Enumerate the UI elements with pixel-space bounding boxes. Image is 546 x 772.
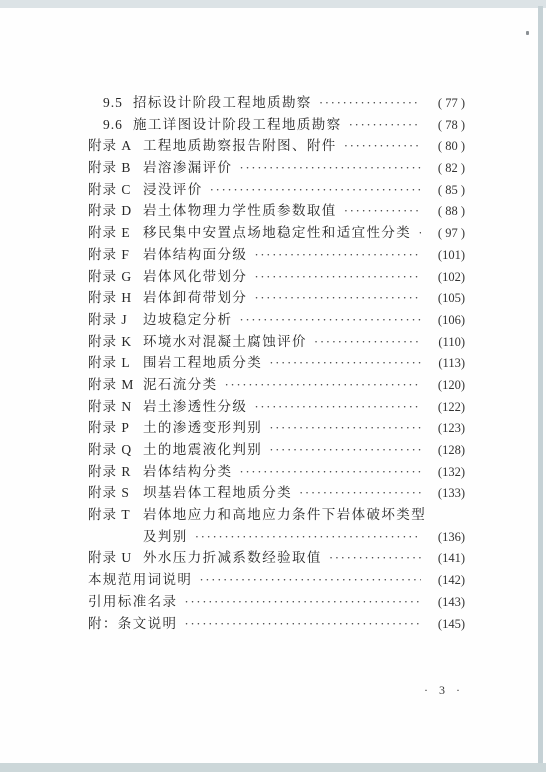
toc-entry-title: 岩溶渗漏评价 — [143, 157, 232, 179]
dot-leader: ········································… — [344, 135, 421, 157]
scan-edge-right — [538, 6, 543, 765]
toc-entry-page: (142) — [425, 570, 465, 592]
scan-edge-top — [0, 0, 546, 8]
toc-entry-label: 附录 G — [88, 266, 143, 288]
toc-entry-label: 附录 N — [88, 396, 143, 418]
toc-entry-title: 岩土渗透性分级 — [143, 396, 247, 418]
toc-entry-page: (110) — [425, 332, 465, 354]
toc-entry-label: 附录 F — [88, 244, 143, 266]
dot-leader: ········································… — [269, 417, 421, 439]
dot-leader: ········································… — [269, 439, 421, 461]
dot-leader: ········································… — [269, 352, 421, 374]
dot-leader: ········································… — [344, 200, 421, 222]
toc-entry-label: 附录 H — [88, 287, 143, 309]
toc-entry-page: (136) — [425, 527, 465, 549]
toc-entry-title: 引用标准名录 — [88, 591, 177, 613]
toc-entry-title: 施工详图设计阶段工程地质勘察 — [133, 114, 342, 136]
toc-entry-page: (113) — [425, 353, 465, 375]
dot-leader: ········································… — [319, 92, 421, 114]
scan-edge-bottom — [0, 763, 546, 772]
toc-entry: 附录 B 岩溶渗漏评价 ····························… — [88, 157, 465, 179]
toc-entry-title: 岩体结构面分级 — [143, 244, 247, 266]
toc-entry-label: 附录 U — [88, 547, 143, 569]
toc-entry: 附录 P 土的渗透变形判别 ··························… — [88, 417, 465, 439]
dot-leader: ········································… — [299, 482, 421, 504]
toc-entry-page: (128) — [425, 440, 465, 462]
toc-entry-label: 9.5 — [103, 92, 133, 114]
toc-entry-page: (102) — [425, 267, 465, 289]
toc-entry-page: (101) — [425, 245, 465, 267]
toc-list: 9.5 招标设计阶段工程地质勘察 ·······················… — [88, 92, 465, 634]
toc-entry-label: 附录 E — [88, 222, 143, 244]
toc-entry: 附录 F 岩体结构面分级 ···························… — [88, 244, 465, 266]
toc-entry-page: ( 82 ) — [425, 158, 465, 180]
dot-leader: ········································… — [225, 374, 422, 396]
dot-leader: ········································… — [210, 179, 421, 201]
toc-entry-label: 附录 M — [88, 374, 143, 396]
toc-entry-label: 附录 K — [88, 331, 143, 353]
toc-entry: 附：条文说明 ·································… — [88, 613, 465, 635]
toc-entry-title: 外水压力折减系数经验取值 — [143, 547, 322, 569]
toc-entry: 附录 C 浸没评价 ······························… — [88, 179, 465, 201]
toc-entry-label: 附录 L — [88, 352, 143, 374]
toc-entry: 附录 D 岩土体物理力学性质参数取值 ·····················… — [88, 200, 465, 222]
toc-entry-page: ( 77 ) — [425, 93, 465, 115]
toc-entry-page: (132) — [425, 462, 465, 484]
toc-entry-label: 附录 T — [88, 504, 143, 526]
toc-entry: 附录 E 移民集中安置点场地稳定性和适宜性分类 ················… — [88, 222, 465, 244]
toc-entry: 附录 T 岩体地应力和高地应力条件下岩体破坏类型 — [88, 504, 465, 526]
dot-leader: ········································… — [199, 569, 421, 591]
toc-entry-label: 附录 S — [88, 482, 143, 504]
dot-leader: ········································… — [239, 461, 421, 483]
toc-entry-label: 附录 B — [88, 157, 143, 179]
toc-entry-title: 浸没评价 — [143, 179, 203, 201]
toc-entry-page: ( 88 ) — [425, 201, 465, 223]
toc-entry-label: 附录 R — [88, 461, 143, 483]
toc-entry-page: (143) — [425, 592, 465, 614]
toc-entry: 本规范用词说明 ································… — [88, 569, 465, 591]
dot-leader: ········································… — [254, 266, 421, 288]
toc-entry: 附录 U 外水压力折减系数经验取值 ······················… — [88, 547, 465, 569]
toc-entry-label: 9.6 — [103, 114, 133, 136]
toc-entry-title: 工程地质勘察报告附图、附件 — [143, 135, 337, 157]
scanned-page: 9.5 招标设计阶段工程地质勘察 ·······················… — [0, 0, 546, 772]
dot-leader: ········································… — [254, 244, 421, 266]
toc-entry-title: 土的地震液化判别 — [143, 439, 262, 461]
toc-entry-label: 附录 A — [88, 135, 143, 157]
toc-entry: 9.6 施工详图设计阶段工程地质勘察 ·····················… — [88, 114, 465, 136]
toc-entry-page: (120) — [425, 375, 465, 397]
toc-entry: 附录 S 坝基岩体工程地质分类 ························… — [88, 482, 465, 504]
toc-entry-page: ( 80 ) — [425, 136, 465, 158]
toc-entry: 引用标准名录 ·································… — [88, 591, 465, 613]
toc-entry: 9.5 招标设计阶段工程地质勘察 ·······················… — [88, 92, 465, 114]
toc-entry: 附录 H 岩体卸荷带划分 ···························… — [88, 287, 465, 309]
toc-entry-page: (105) — [425, 288, 465, 310]
toc-entry-title: 坝基岩体工程地质分类 — [143, 482, 292, 504]
toc-entry-title: 边坡稳定分析 — [143, 309, 232, 331]
toc-entry-label: 附录 Q — [88, 439, 143, 461]
toc-entry: 及判别 ····································… — [88, 526, 465, 548]
toc-entry: 附录 N 岩土渗透性分级 ···························… — [88, 396, 465, 418]
toc-entry-label: 附录 D — [88, 200, 143, 222]
toc-entry-title: 泥石流分类 — [143, 374, 218, 396]
dot-leader: ········································… — [239, 157, 421, 179]
toc-entry: 附录 K 环境水对混凝土腐蚀评价 ·······················… — [88, 331, 465, 353]
dot-leader: ········································… — [254, 396, 421, 418]
toc-entry-page: (141) — [425, 548, 465, 570]
page-number: · 3 · — [424, 683, 464, 698]
toc-entry-title: 本规范用词说明 — [88, 569, 192, 591]
dot-leader: ········································… — [349, 114, 421, 136]
toc-entry-title: 附：条文说明 — [88, 613, 177, 635]
toc-entry: 附录 J 边坡稳定分析 ····························… — [88, 309, 465, 331]
toc-entry-title: 土的渗透变形判别 — [143, 417, 262, 439]
dot-leader: ········································… — [314, 331, 421, 353]
toc-entry-title: 岩体结构分类 — [143, 461, 232, 483]
toc-entry-page: (145) — [425, 614, 465, 636]
toc-entry-label: 附录 C — [88, 179, 143, 201]
toc-entry: 附录 Q 土的地震液化判别 ··························… — [88, 439, 465, 461]
dot-leader: ········································… — [418, 222, 421, 244]
toc-entry-page: (123) — [425, 418, 465, 440]
toc-entry: 附录 M 泥石流分类 ·····························… — [88, 374, 465, 396]
toc-entry-page: (122) — [425, 397, 465, 419]
toc-entry-page: ( 85 ) — [425, 180, 465, 202]
dot-leader: ········································… — [239, 309, 421, 331]
dot-leader: ········································… — [184, 613, 421, 635]
toc-entry-title: 移民集中安置点场地稳定性和适宜性分类 — [143, 222, 411, 244]
toc-entry-title: 环境水对混凝土腐蚀评价 — [143, 331, 307, 353]
toc-entry-title: 岩体地应力和高地应力条件下岩体破坏类型 — [143, 504, 426, 526]
toc-entry-title: 及判别 — [143, 526, 188, 548]
dot-leader: ········································… — [184, 591, 421, 613]
toc-entry-page: ( 78 ) — [425, 115, 465, 137]
toc-entry-title: 围岩工程地质分类 — [143, 352, 262, 374]
toc-entry: 附录 L 围岩工程地质分类 ··························… — [88, 352, 465, 374]
dot-leader: ········································… — [254, 287, 421, 309]
toc-entry: 附录 G 岩体风化带划分 ···························… — [88, 266, 465, 288]
toc-entry-title: 岩土体物理力学性质参数取值 — [143, 200, 337, 222]
dot-leader: ········································… — [329, 547, 421, 569]
toc-entry-title: 招标设计阶段工程地质勘察 — [133, 92, 312, 114]
toc-entry-page: (133) — [425, 483, 465, 505]
toc-entry: 附录 A 工程地质勘察报告附图、附件 ·····················… — [88, 135, 465, 157]
dot-leader: ········································… — [195, 526, 421, 548]
toc-entry-title: 岩体卸荷带划分 — [143, 287, 247, 309]
toc-entry-label: 附录 P — [88, 417, 143, 439]
scan-speck — [526, 31, 529, 35]
toc-entry-label: 附录 J — [88, 309, 143, 331]
toc-entry-page: ( 97 ) — [425, 223, 465, 245]
toc-entry-page: (106) — [425, 310, 465, 332]
toc-entry: 附录 R 岩体结构分类 ····························… — [88, 461, 465, 483]
toc-entry-title: 岩体风化带划分 — [143, 266, 247, 288]
